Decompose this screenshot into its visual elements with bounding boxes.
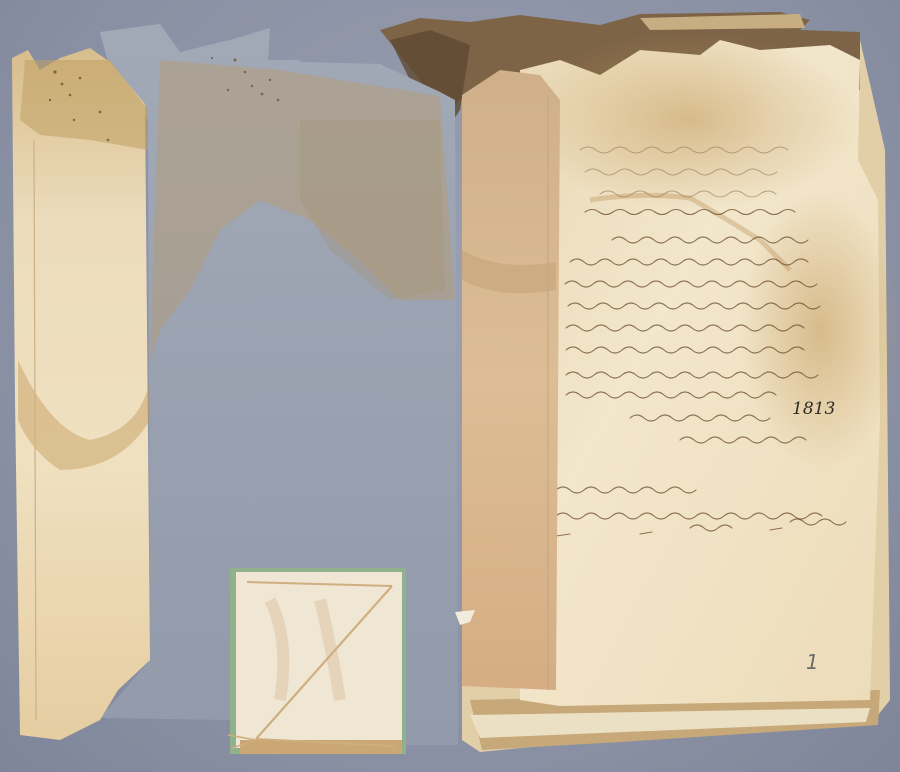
label-card [228, 568, 406, 754]
date-year-text: 1813 [792, 399, 835, 419]
page-number: 1 [806, 650, 819, 674]
tan-paper-strip [462, 70, 560, 690]
document-photo: 1813 [0, 0, 900, 772]
